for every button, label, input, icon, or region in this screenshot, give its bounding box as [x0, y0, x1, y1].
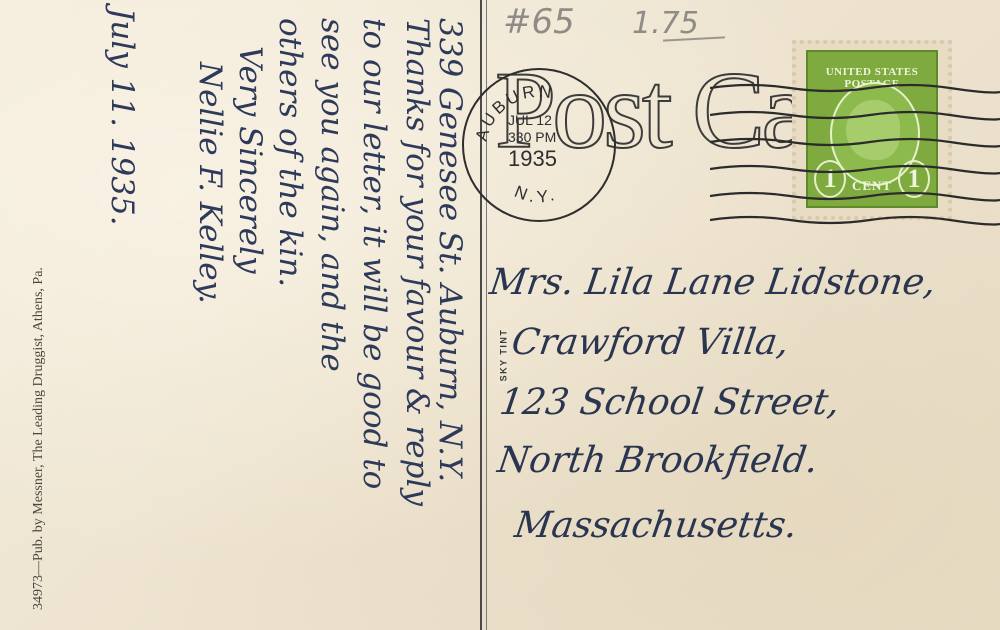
svg-text:N.Y.: N.Y. — [512, 182, 560, 207]
message-line-4: see you again, and the — [314, 18, 350, 372]
sky-tint-label: SKY TINT — [498, 326, 508, 385]
publisher-line: 34973—Pub. by Messner, The Leading Drugg… — [31, 267, 47, 610]
postmark-date: JUL 12 330 PM 1935 — [508, 112, 557, 172]
postcard-back: SKY TINT 34973—Pub. by Messner, The Lead… — [0, 0, 1000, 630]
address-line-street: 123 School Street, — [497, 382, 842, 423]
address-line-house: Crawford Villa, — [509, 322, 791, 363]
pencil-price: 1.75 — [632, 6, 699, 41]
message-line-6: Very Sincerely — [232, 46, 268, 274]
postmark-day: 12 — [536, 112, 552, 128]
message-line-5: others of the kin. — [272, 18, 308, 287]
message-signature: Nellie F. Kelley. — [192, 62, 228, 304]
message-line-3: to our letter, it will be good to — [356, 18, 392, 489]
postmark-year: 1935 — [508, 146, 557, 172]
address-line-recipient: Mrs. Lila Lane Lidstone, — [487, 262, 938, 303]
message-date: July 11. 1935. — [104, 8, 140, 226]
address-line-state: Massachusetts. — [512, 505, 800, 546]
cancellation-wavy-lines — [710, 60, 1000, 230]
address-line-city: North Brookfield. — [495, 440, 820, 481]
postmark-time: 330 PM — [508, 129, 557, 146]
pencil-catalog-number: #65 — [503, 2, 575, 42]
message-line-1: 339 Genesee St. Auburn, N.Y. — [432, 18, 468, 482]
postmark-month: JUL — [508, 112, 532, 128]
message-line-2: Thanks for your favour & reply — [399, 18, 435, 506]
